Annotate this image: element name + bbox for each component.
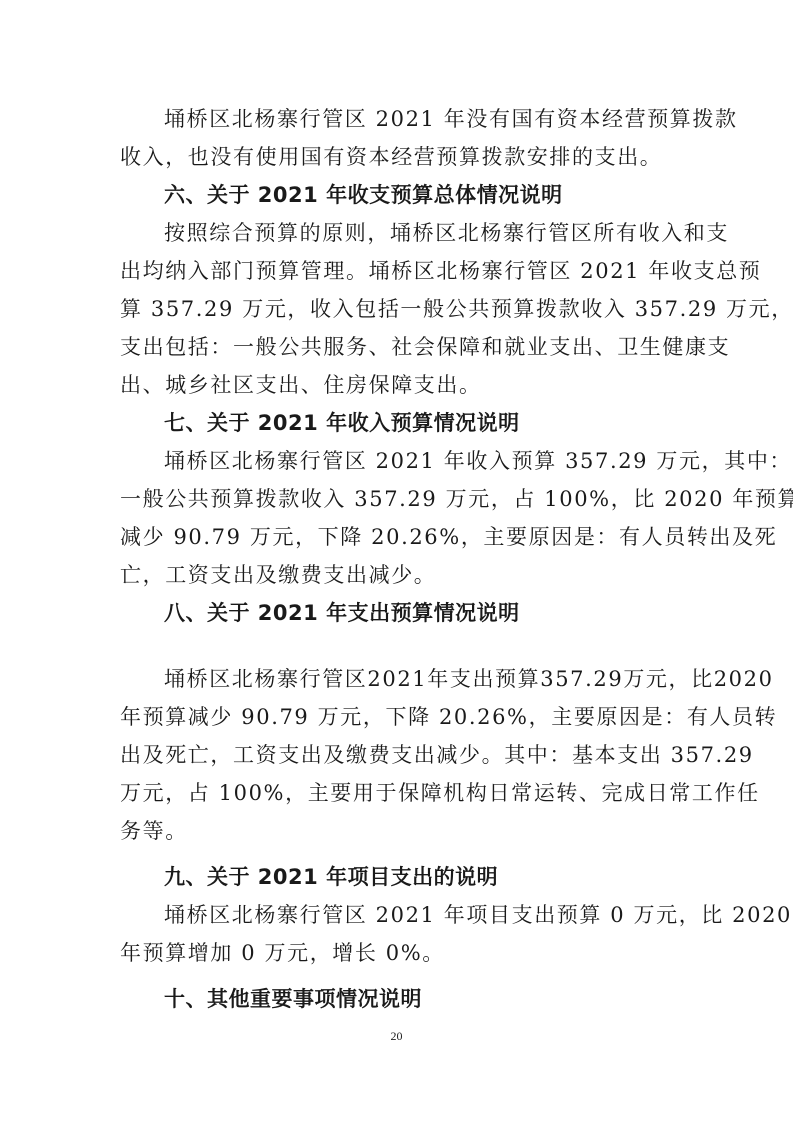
paragraph-line: 出及死亡，工资支出及缴费支出减少。其中：基本支出 357.29 <box>120 736 702 774</box>
paragraph-line: 埇桥区北杨寨行管区2021年支出预算357.29万元，比2020 <box>164 660 702 698</box>
section-heading: 八、关于 2021 年支出预算情况说明 <box>164 594 520 632</box>
paragraph-line: 万元，占 100%，主要用于保障机构日常运转、完成日常工作任 <box>120 774 702 812</box>
page-number: 20 <box>0 1029 793 1044</box>
paragraph-line: 一般公共预算拨款收入 357.29 万元，占 100%，比 2020 年预算 <box>120 480 702 518</box>
paragraph-line: 亡，工资支出及缴费支出减少。 <box>120 556 702 594</box>
paragraph-line: 算 357.29 万元，收入包括一般公共预算拨款收入 357.29 万元， <box>120 290 702 328</box>
paragraph-line: 按照综合预算的原则，埇桥区北杨寨行管区所有收入和支 <box>164 214 702 252</box>
section-heading: 六、关于 2021 年收支预算总体情况说明 <box>164 176 563 214</box>
paragraph-line: 务等。 <box>120 812 702 850</box>
paragraph-line: 减少 90.79 万元，下降 20.26%，主要原因是：有人员转出及死 <box>120 518 702 556</box>
paragraph-line: 埇桥区北杨寨行管区 2021 年收入预算 357.29 万元，其中： <box>164 442 702 480</box>
paragraph-line: 收入，也没有使用国有资本经营预算拨款安排的支出。 <box>120 138 702 176</box>
paragraph-line: 支出包括：一般公共服务、社会保障和就业支出、卫生健康支 <box>120 328 702 366</box>
paragraph-line: 出、城乡社区支出、住房保障支出。 <box>120 366 702 404</box>
paragraph-line: 出均纳入部门预算管理。埇桥区北杨寨行管区 2021 年收支总预 <box>120 252 702 290</box>
paragraph-line: 埇桥区北杨寨行管区 2021 年项目支出预算 0 万元，比 2020 <box>164 896 702 934</box>
paragraph-line: 年预算增加 0 万元，增长 0%。 <box>120 934 702 972</box>
paragraph-line: 年预算减少 90.79 万元，下降 20.26%，主要原因是：有人员转 <box>120 698 702 736</box>
paragraph-line: 埇桥区北杨寨行管区 2021 年没有国有资本经营预算拨款 <box>164 100 702 138</box>
section-heading: 九、关于 2021 年项目支出的说明 <box>164 858 498 896</box>
document-page: 埇桥区北杨寨行管区 2021 年没有国有资本经营预算拨款收入，也没有使用国有资本… <box>0 0 793 1122</box>
section-heading: 七、关于 2021 年收入预算情况说明 <box>164 404 520 442</box>
section-heading: 十、其他重要事项情况说明 <box>164 980 422 1018</box>
